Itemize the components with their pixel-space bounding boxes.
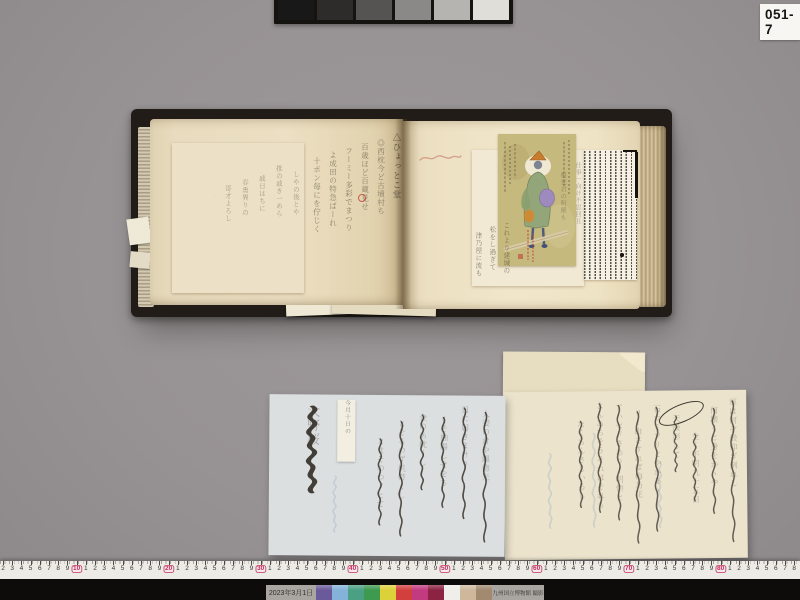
left-page-script-columns: △ひょっとこ堂◎西枕今ど古墳村ち百歳ほど百蔵見せフーミー多彩でまつりよ成田の特急… (306, 131, 402, 301)
script-column: よんあちそうそれはそれも (593, 401, 606, 517)
ruler-number: 5 (673, 566, 677, 573)
ruler-number: 1 (268, 566, 272, 573)
script-text: とそるのず机帯くし (397, 419, 406, 500)
script-text: △ひょっとこ堂 (392, 133, 401, 200)
script-text: 軍は何ぞ殻仰ぎ倒れし (728, 398, 737, 488)
photo-stage: 051-7 しやの後とや推の戚き一めら戚日はちに春勇異りの哥才よろし釣分つし △… (0, 0, 800, 600)
ruler-number: 7 (231, 566, 235, 573)
red-pencil-scribble (418, 150, 462, 166)
loose-letter-right: 軍は何ぞ殻仰ぎ倒れし何壊くと身をかゝや全く不明九十五日志天殻形して石カミソリとや… (503, 390, 748, 561)
clipping-edge-bar (635, 152, 639, 198)
calibration-patch (395, 0, 431, 20)
script-text: よ成田の特急ばーれ (329, 151, 337, 228)
loose-paper-sliver (126, 217, 151, 246)
ruler-number: 7 (783, 566, 787, 573)
ruler-number: 3 (562, 566, 566, 573)
script-column: 軍は何ぞ殻仰ぎ倒れし (726, 398, 740, 548)
ruler-number: 3 (10, 566, 14, 573)
ruler-number: 1 (728, 566, 732, 573)
script-text: 天殻形して (671, 414, 680, 459)
script-text: 哥才よろし (223, 185, 230, 223)
script-column: 百歳ほど百蔵見せ (359, 143, 370, 283)
script-column: とまそのつゞとて (374, 437, 387, 529)
ruler-number: 1 (176, 566, 180, 573)
script-column: 石カミソリとやかあゝ (650, 405, 663, 537)
ruler-number: 2 (369, 566, 373, 573)
ruler-number: 5 (581, 566, 585, 573)
ruler-number: 8 (56, 566, 60, 573)
calibration-patch (428, 585, 444, 600)
script-text: 推の戚き一めら (274, 165, 281, 218)
script-column: 哥才よろし (221, 185, 232, 255)
ruler-number: 6 (222, 566, 226, 573)
red-circle-mark (358, 194, 366, 202)
ruler-number: 5 (305, 566, 309, 573)
ruler-number: 1 (636, 566, 640, 573)
ruler-number: 5 (121, 566, 125, 573)
script-column: 何壊くと身をかゝや (707, 406, 720, 518)
ruler-number: 9 (342, 566, 346, 573)
script-column: アハセドさありー明恒と (612, 403, 625, 525)
script-text: くそ柚湯しせをち (439, 415, 448, 487)
ruler-number: 3 (194, 566, 198, 573)
ruler-number: 9 (66, 566, 70, 573)
ruler-number: 2 (185, 566, 189, 573)
grayscale-calibration-bar (274, 0, 513, 24)
calibration-patch (473, 0, 509, 20)
script-column: 推の戚き一めら (272, 165, 283, 283)
script-column: 津乃屋に流も (474, 232, 482, 276)
ruler-number: 8 (240, 566, 244, 573)
ruler-number: 3 (470, 566, 474, 573)
script-column: △ひょっとこ堂 (391, 133, 402, 223)
script-text: 全く不明九十五日志 (690, 432, 699, 504)
ruler-number: 8 (332, 566, 336, 573)
ruler-number: 7 (139, 566, 143, 573)
script-text: ◎西枕今ど古墳村ち (377, 139, 385, 216)
script-text: 戚日はちに (257, 175, 264, 213)
ruler-number: 7 (691, 566, 695, 573)
script-text: リー由さすれば梅乃花 (633, 409, 642, 499)
ruler-number: 6 (38, 566, 42, 573)
calibration-patch (332, 585, 348, 600)
calibration-patch (460, 585, 476, 600)
cm-ruler: 2345678910123456789201234567893012345678… (0, 561, 800, 579)
right-page-margin-columns: 仕事一向け不思回且相変君の明細も (558, 162, 582, 274)
ruler-number: 7 (507, 566, 511, 573)
ruler-number: 8 (424, 566, 428, 573)
ruler-number: 4 (756, 566, 760, 573)
ruler-number: 5 (489, 566, 493, 573)
script-text: よんあちそうそれはそれも (595, 401, 605, 509)
ruler-number: 5 (765, 566, 769, 573)
calibration-patch (444, 585, 460, 600)
script-text: 仕事一向け不思回且 (574, 162, 580, 225)
script-column: これより建城の (500, 222, 510, 282)
calibration-patch (364, 585, 380, 600)
right-page-caption-columns: これより建城の松をし過ぎて津乃屋に流も (474, 222, 510, 284)
ruler-number: 2 (93, 566, 97, 573)
pasted-slip: 今月十日の (337, 400, 355, 462)
capture-date-label: 2023年3月1日 (266, 585, 316, 600)
calibration-patch (348, 585, 364, 600)
ruler-number: 4 (664, 566, 668, 573)
calibration-patch (380, 585, 396, 600)
signature: 大野桜 (299, 404, 326, 496)
ruler-number: 3 (746, 566, 750, 573)
script-text: とまそのつゞとて (376, 437, 385, 509)
script-column: 相変君の明細も (558, 172, 567, 252)
signature-text: 大野桜 (305, 404, 319, 446)
ruler-decade-number: 60 (532, 566, 541, 573)
ruler-number: 5 (397, 566, 401, 573)
calibration-patch (476, 585, 492, 600)
script-column: 釣分つし (214, 195, 215, 255)
calibration-patch (396, 585, 412, 600)
calibration-patch (434, 0, 470, 20)
ruler-number: 8 (148, 566, 152, 573)
museum-credit-label: 九州国立博物館 撮影 (492, 585, 544, 600)
script-column: ◎西枕今ど古墳村ち (375, 139, 386, 289)
ruler-number: 4 (204, 566, 208, 573)
ruler-number: 8 (792, 566, 796, 573)
ruler-number: 2 (461, 566, 465, 573)
script-text: フーミー多彩でまつり (345, 147, 353, 232)
color-control-strip: 2023年3月1日 九州国立博物館 撮影 (266, 585, 544, 600)
folded-letter-flap (503, 352, 645, 397)
script-column: 天殻形して (669, 414, 682, 474)
loose-paper-sliver (129, 251, 150, 269)
ruler-number: 3 (286, 566, 290, 573)
script-text: 相変君の明細も (559, 172, 565, 221)
ruler-number: 9 (250, 566, 254, 573)
ruler-decade-number: 40 (348, 566, 357, 573)
ruler-number: 9 (158, 566, 162, 573)
ruler-number: 1 (84, 566, 88, 573)
loose-letter-left: 人妻の倉や縄徳光日に届きまけりくそ柚湯しせをち金のあ枕くしとそるのず机帯くしとま… (268, 394, 505, 557)
calibration-patch (278, 0, 314, 20)
ruler-number: 6 (682, 566, 686, 573)
ruler-number: 2 (645, 566, 649, 573)
script-text: 日に届きまけり (460, 406, 469, 469)
script-text: 春勇異りの (240, 179, 247, 217)
ruler-number: 2 (277, 566, 281, 573)
ruler-number: 3 (378, 566, 382, 573)
ruler-number: 6 (314, 566, 318, 573)
script-text: 津乃屋に流も (474, 232, 480, 276)
ruler-decade-number: 50 (440, 566, 449, 573)
script-text: アハセドさありー明恒と (614, 403, 623, 502)
ruler-number: 4 (20, 566, 24, 573)
script-column: 人妻の倉や縄徳光 (478, 410, 491, 548)
script-column: くそ柚湯しせをち (437, 415, 450, 511)
ruler-decade-number: 80 (716, 566, 725, 573)
script-column: 仕事一向け不思回且 (572, 162, 582, 270)
script-text: 十ポン毎にを佇じく (313, 157, 321, 234)
ruler-number: 9 (618, 566, 622, 573)
script-column: 日に届きまけり (458, 405, 471, 523)
ruler-number: 6 (774, 566, 778, 573)
ruler-number: 6 (498, 566, 502, 573)
ruler-number: 7 (415, 566, 419, 573)
calibration-patch (356, 0, 392, 20)
ruler-decade-number: 70 (624, 566, 633, 573)
ruler-number: 9 (710, 566, 714, 573)
script-text: 何壊くと身をかゝや (709, 406, 718, 487)
script-column: 全く不明九十五日志 (689, 432, 702, 504)
calibration-patch (412, 585, 428, 600)
ruler-number: 6 (130, 566, 134, 573)
ruler-number: 5 (29, 566, 33, 573)
photo-id-label: 051-7 (760, 4, 800, 40)
script-column: 金のあ枕くし (416, 413, 429, 493)
ruler-number: 2 (1, 566, 5, 573)
script-column: よ成田の特急ばーれ (327, 151, 338, 269)
ruler-number: 2 (737, 566, 741, 573)
ruler-number: 3 (102, 566, 106, 573)
newspaper-clipping (584, 150, 637, 280)
script-text: 金のあ枕くし (418, 413, 427, 467)
script-column: 松をし過ぎて (486, 226, 496, 278)
ruler-number: 4 (480, 566, 484, 573)
script-column: とそるのず机帯くし (395, 419, 408, 541)
ruler-number: 4 (296, 566, 300, 573)
script-text: たくもんさしいろし (576, 419, 585, 500)
ruler-number: 8 (608, 566, 612, 573)
script-column: しやの後とや (289, 171, 300, 281)
fore-edge-page-stack (640, 126, 666, 307)
ruler-number: 1 (544, 566, 548, 573)
ruler-number: 6 (590, 566, 594, 573)
color-patches (316, 585, 492, 600)
left-page-note-columns: しやの後とや推の戚き一めら戚日はちに春勇異りの哥才よろし釣分つし (214, 165, 300, 289)
ruler-decade-number: 10 (72, 566, 81, 573)
ruler-decade-number: 30 (256, 566, 265, 573)
script-text: 人妻の倉や縄徳光 (481, 410, 490, 482)
left-sheet-ink-columns: 人妻の倉や縄徳光日に届きまけりくそ柚湯しせをち金のあ枕くしとそるのず机帯くしとま… (338, 405, 491, 550)
ruler-number: 3 (654, 566, 658, 573)
script-column: たくもんさしいろし (574, 419, 587, 511)
ruler-number: 2 (553, 566, 557, 573)
ruler-fine-ticks (0, 561, 800, 564)
ruler-decade-number: 20 (164, 566, 173, 573)
ruler-number: 9 (526, 566, 530, 573)
ruler-number: 1 (360, 566, 364, 573)
ruler-number: 9 (434, 566, 438, 573)
ruler-number: 5 (213, 566, 217, 573)
script-text: これより建城の (502, 222, 509, 275)
script-text: 石カミソリとやかあゝ (652, 405, 661, 495)
ruler-number: 7 (323, 566, 327, 573)
ruler-number: 7 (47, 566, 51, 573)
ruler-number: 7 (599, 566, 603, 573)
script-text: しやの後とや (291, 171, 298, 216)
ink-dot (620, 253, 624, 257)
ruler-number: 8 (700, 566, 704, 573)
ruler-number: 8 (516, 566, 520, 573)
ruler-number: 4 (572, 566, 576, 573)
script-column: 戚日はちに (255, 175, 266, 271)
ruler-number: 6 (406, 566, 410, 573)
script-text: 松をし過ぎて (488, 226, 495, 271)
ruler-number: 1 (452, 566, 456, 573)
slip-text: 今月十日の (343, 400, 350, 435)
right-sheet-ink-columns: 軍は何ぞ殻仰ぎ倒れし何壊くと身をかゝや全く不明九十五日志天殻形して石カミソリとや… (510, 398, 740, 552)
script-column: 十ポン毎にを佇じく (311, 157, 322, 267)
calibration-patch (316, 585, 332, 600)
flap-fold-corner (617, 352, 645, 374)
script-column: 春勇異りの (238, 179, 249, 265)
ruler-number: 4 (388, 566, 392, 573)
script-column: フーミー多彩でまつり (343, 147, 354, 275)
ruler-number: 4 (112, 566, 116, 573)
script-column: リー由さすれば梅乃花 (631, 409, 644, 549)
calibration-patch (317, 0, 353, 20)
